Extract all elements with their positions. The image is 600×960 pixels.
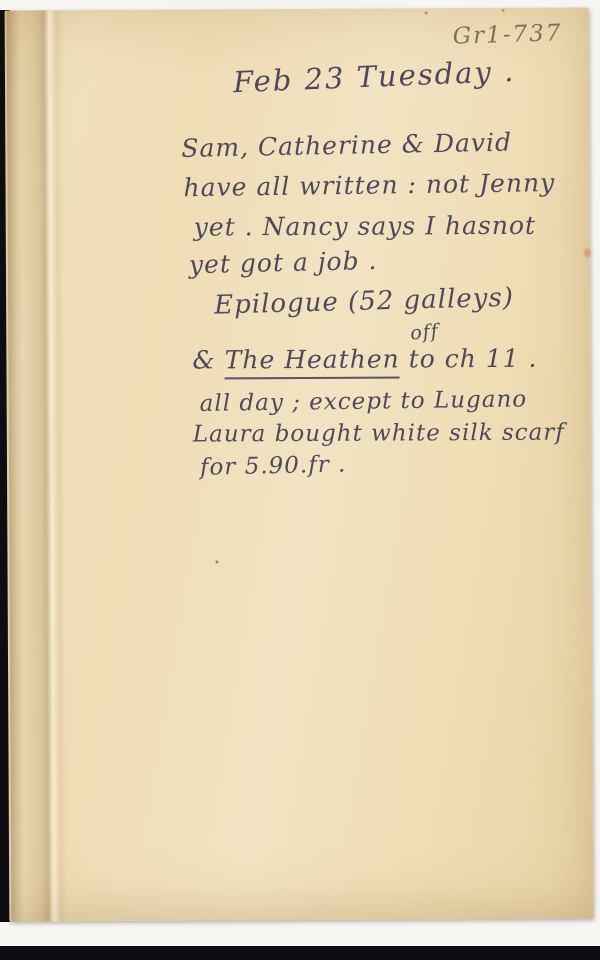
diary-line-epilogue: Epilogue (52 galleys): [214, 285, 514, 319]
heathen-suffix: to ch 11 .: [400, 344, 538, 374]
date-heading: Feb 23 Tuesday .: [233, 57, 516, 97]
heathen-prefix: &: [192, 345, 224, 374]
scanned-diary-page: Gr1-737 Feb 23 Tuesday . Sam, Catherine …: [0, 0, 600, 960]
foxing-speck: [502, 9, 505, 12]
ink-speck: [216, 560, 219, 563]
epilogue-annotation: off: [409, 322, 439, 344]
diary-page: Gr1-737 Feb 23 Tuesday . Sam, Catherine …: [5, 7, 594, 921]
archive-mark: Gr1-737: [453, 20, 563, 49]
diary-line: for 5.90.fr .: [200, 453, 347, 479]
foxing-speck: [425, 11, 428, 14]
diary-line: have all written : not Jenny: [183, 170, 555, 200]
diary-line: Sam, Catherine & David: [181, 130, 512, 161]
diary-line: yet . Nancy says I hasnot: [194, 213, 536, 240]
diary-line: yet got a job .: [189, 248, 378, 277]
heathen-title-underlined: The Heathen: [225, 344, 400, 379]
diary-line: all day ; except to Lugano: [200, 388, 528, 416]
scan-edge-bar: [0, 946, 600, 960]
diary-line: Laura bought white silk scarf: [193, 422, 565, 447]
diary-line-heathen: & The Heathen to ch 11 .: [192, 346, 537, 373]
page-fold-crease: [21, 10, 68, 921]
rust-stain: [584, 248, 591, 257]
